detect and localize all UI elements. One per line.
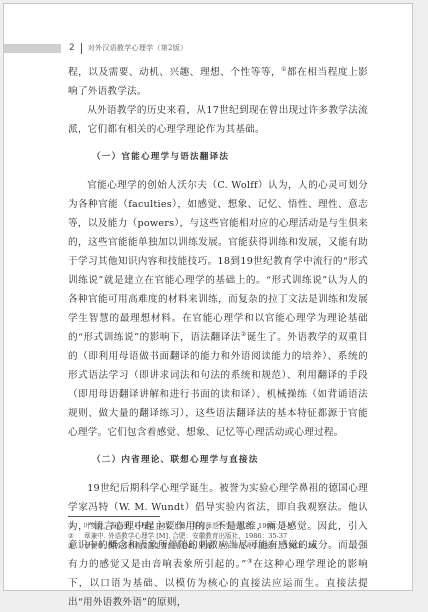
paragraph-continuation: 程，以及需要、动机、兴趣、理想、个性等等，①都在相当程度上影响了外语教学法。 (68, 63, 368, 101)
footnote-item: ② 章兼中. 外语教学心理学 [M]. 合肥：安徽教育出版社，1986：35-3… (68, 531, 368, 541)
section-heading-1: （一）官能心理学与语法翻译法 (92, 148, 368, 167)
paragraph-history: 从外语教学的历史来看，从17世纪到现在曾出现过许多教学法流派，它们都有相关的心理… (68, 101, 368, 139)
page-number: 2 (69, 43, 75, 53)
page-header: 2 对外汉语教学心理学（第2版） (4, 41, 187, 55)
footnote-mark: ③ (68, 541, 84, 551)
paragraph-text: 程，以及需要、动机、兴趣、理想、个性等等， (68, 67, 281, 78)
header-bar-decoration (4, 44, 61, 53)
footnotes: ① 叶奕乾，祝蓓里. 心理学 [M]. 上海：华东师范大学出版社，1998：3-… (68, 521, 368, 551)
footnote-text: 章兼中. 国外外语教学法主要流派 [M]. 上海：华东师范大学出版社，1983：… (84, 541, 316, 551)
paragraph-text: 诞生了。外语教学的双重目的（即利用母语做书面翻译的能力和外语阅读能力的培养）、系… (68, 332, 368, 438)
footnote-mark: ① (68, 521, 84, 531)
footnote-item: ③ 章兼中. 国外外语教学法主要流派 [M]. 上海：华东师范大学出版社，198… (68, 541, 368, 551)
document-page: 2 对外汉语教学心理学（第2版） 程，以及需要、动机、兴趣、理想、个性等等，①都… (3, 3, 413, 591)
footnote-item: ① 叶奕乾，祝蓓里. 心理学 [M]. 上海：华东师范大学出版社，1998：3-… (68, 521, 368, 531)
section-heading-2: （二）内省理论、联想心理学与直接法 (92, 451, 368, 470)
footnote-mark: ② (68, 531, 84, 541)
page-body: 程，以及需要、动机、兴趣、理想、个性等等，①都在相当程度上影响了外语教学法。 从… (68, 63, 368, 598)
paragraph-faculty-psychology: 官能心理学的创始人沃尔夫（C. Wolff）认为，人的心灵可划分为各种官能（fa… (68, 176, 368, 442)
footnote-divider (68, 516, 160, 517)
footnote-text: 叶奕乾，祝蓓里. 心理学 [M]. 上海：华东师范大学出版社，1998：3-5 (84, 521, 292, 531)
running-title: 对外汉语教学心理学（第2版） (88, 43, 188, 53)
footnote-text: 章兼中. 外语教学心理学 [M]. 合肥：安徽教育出版社，1986：35-37 (84, 531, 287, 541)
paragraph-text: 官能心理学的创始人沃尔夫（C. Wolff）认为，人的心灵可划分为各种官能（fa… (68, 180, 368, 343)
header-divider (81, 43, 82, 54)
